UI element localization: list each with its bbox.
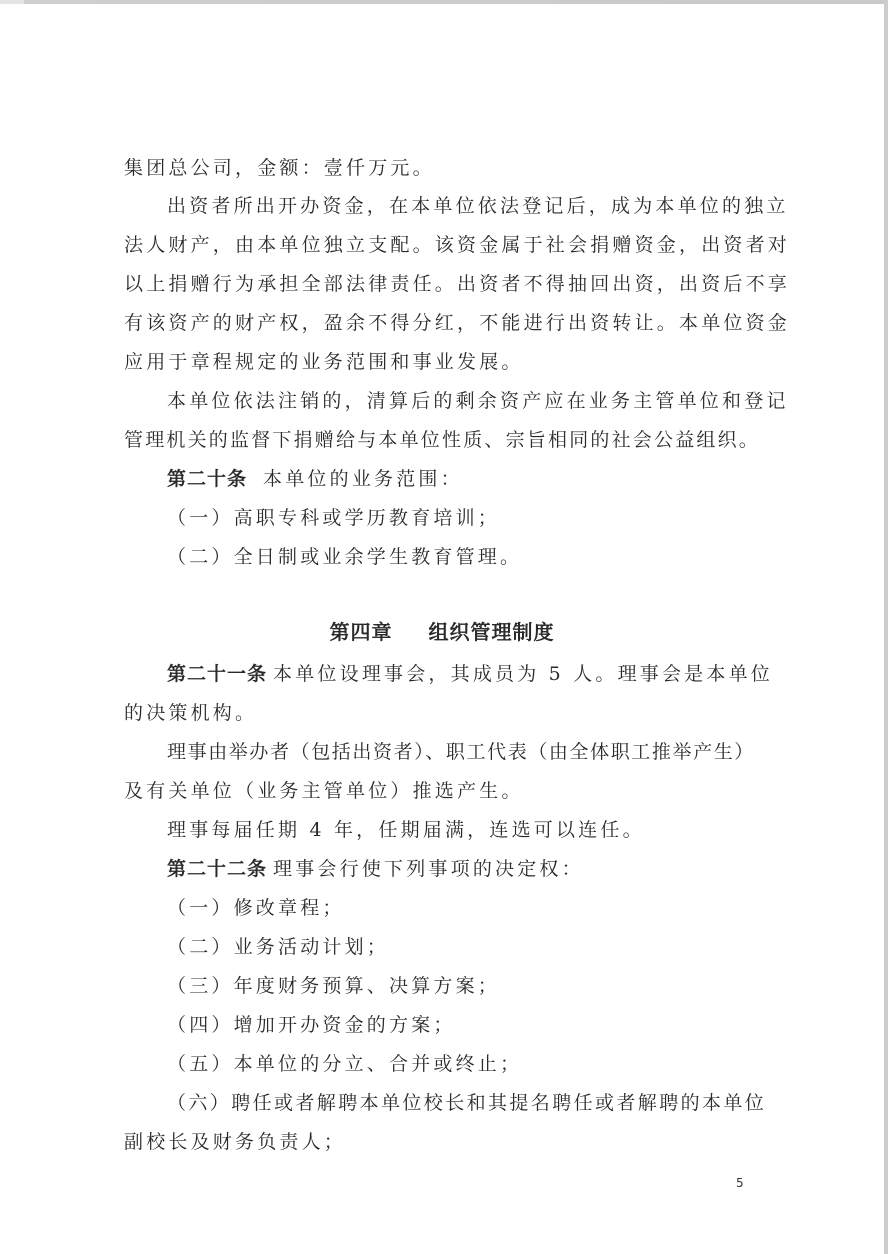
text-line: 管理机关的监督下捐赠给与本单位性质、宗旨相同的社会公益组织。: [124, 428, 760, 452]
list-item: （五）本单位的分立、合并或终止；: [167, 1052, 522, 1076]
list-item: （一）高职专科或学历教育培训；: [167, 506, 500, 530]
chapter-heading: 第四章组织管理制度: [0, 619, 884, 645]
article-21: 第二十一条本单位设理事会，其成员为 5 人。理事会是本单位: [167, 662, 773, 686]
article-label: 第二十一条: [167, 663, 267, 685]
article-text: 本单位的业务范围：: [263, 468, 463, 490]
list-item: （四）增加开办资金的方案；: [167, 1013, 456, 1037]
list-item: （一）修改章程；: [167, 896, 345, 920]
document-page: 集团总公司，金额：壹仟万元。 出资者所出开办资金，在本单位依法登记后，成为本单位…: [0, 0, 884, 1254]
text-line: 副校长及财务负责人；: [124, 1130, 346, 1154]
text-line: 有该资产的财产权，盈余不得分红，不能进行出资转让。本单位资金: [124, 311, 790, 335]
article-text: 本单位设理事会，其成员为 5 人。理事会是本单位: [273, 663, 773, 685]
article-label: 第二十条: [167, 468, 247, 490]
page-number: 5: [736, 1176, 744, 1190]
list-item: （三）年度财务预算、决算方案；: [167, 974, 500, 998]
article-20: 第二十条本单位的业务范围：: [167, 467, 463, 491]
article-22: 第二十二条理事会行使下列事项的决定权：: [167, 857, 584, 881]
text-line: 应用于章程规定的业务范围和事业发展。: [124, 350, 524, 374]
text-line: 出资者所出开办资金，在本单位依法登记后，成为本单位的独立: [167, 194, 789, 218]
list-item: （二）全日制或业余学生教育管理。: [167, 545, 522, 569]
chapter-title: 组织管理制度: [429, 620, 555, 644]
text-line: 法人财产，由本单位独立支配。该资金属于社会捐赠资金，出资者对: [124, 233, 790, 257]
text-line: 以上捐赠行为承担全部法律责任。出资者不得抽回出资，出资后不享: [124, 272, 790, 296]
viewer-right-edge: [884, 0, 888, 1254]
text-line: 理事每届任期 4 年，任期届满，连选可以连任。: [167, 818, 645, 842]
text-line: 的决策机构。: [124, 701, 257, 725]
text-line: 及有关单位（业务主管单位）推选产生。: [124, 779, 524, 803]
text-line: 本单位依法注销的，清算后的剩余资产应在业务主管单位和登记: [167, 389, 789, 413]
text-line: 理事由举办者（包括出资者）、职工代表（由全体职工推举产生）: [167, 740, 755, 764]
list-item: （六）聘任或者解聘本单位校长和其提名聘任或者解聘的本单位: [167, 1091, 766, 1115]
article-label: 第二十二条: [167, 858, 267, 880]
article-text: 理事会行使下列事项的决定权：: [273, 858, 584, 880]
text-line: 集团总公司，金额：壹仟万元。: [124, 156, 435, 180]
list-item: （二）业务活动计划；: [167, 935, 389, 959]
chapter-number: 第四章: [330, 620, 393, 644]
